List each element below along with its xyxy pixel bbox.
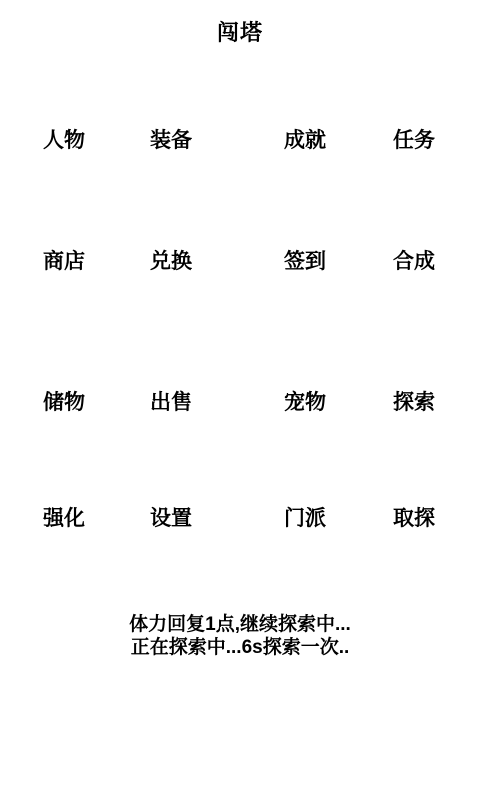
menu-item-craft[interactable]: 合成: [393, 251, 435, 272]
menu-item-pet[interactable]: 宠物: [284, 392, 326, 413]
menu-item-storage[interactable]: 储物: [43, 392, 85, 413]
game-screen: 闯塔 人物 装备 成就 任务 商店 兑换 签到 合成 储物 出售 宠物 探索 强…: [0, 0, 480, 800]
menu-item-equipment[interactable]: 装备: [150, 130, 192, 151]
menu-item-achievement[interactable]: 成就: [284, 130, 326, 151]
menu-item-settings[interactable]: 设置: [150, 508, 192, 529]
menu-item-enhance[interactable]: 强化: [43, 508, 85, 529]
menu-item-sell[interactable]: 出售: [150, 392, 192, 413]
menu-item-character[interactable]: 人物: [43, 130, 85, 151]
status-message-exploring: 正在探索中...6s探索一次..: [0, 637, 480, 659]
menu-item-explore[interactable]: 探索: [393, 392, 435, 413]
menu-item-sect[interactable]: 门派: [284, 508, 326, 529]
menu-item-exchange[interactable]: 兑换: [150, 251, 192, 272]
page-title: 闯塔: [0, 22, 480, 44]
menu-item-quest[interactable]: 任务: [393, 130, 435, 151]
menu-item-stop-explore[interactable]: 取探: [393, 508, 435, 529]
status-message-stamina: 体力回复1点,继续探索中...: [0, 614, 480, 636]
menu-item-shop[interactable]: 商店: [43, 251, 85, 272]
menu-item-checkin[interactable]: 签到: [284, 251, 326, 272]
